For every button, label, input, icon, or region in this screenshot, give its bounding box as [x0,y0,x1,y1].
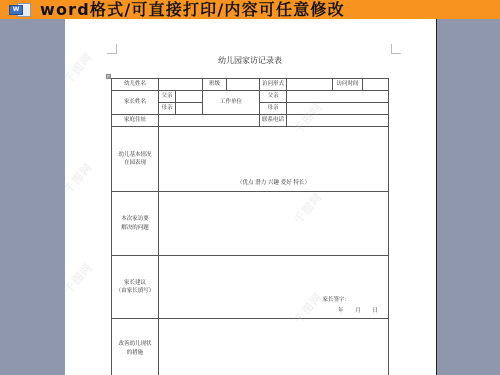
work-mother-label: 母亲 [260,103,287,115]
class-label: 班级 [203,79,227,91]
home-visit-table: 幼儿姓名 班级 访问形式 访问时间 家长姓名 父亲 工作单位 父亲 母亲 母亲 … [111,78,389,375]
parent-suggestion-label: 家长建议 （由家长填写） [112,256,159,319]
parent-name-label: 家长姓名 [112,91,159,115]
page-edge-divider [436,19,437,375]
improve-measures-label-line2: 的措施 [112,349,158,357]
child-name-field[interactable] [159,79,203,91]
table-row: 改善幼儿现状 的措施 [112,319,389,375]
visit-problem-label: 本次家访要 解决的问题 [112,192,159,256]
table-row: 幼儿姓名 班级 访问形式 访问时间 [112,79,389,91]
table-row: 家庭住址 联系电话 [112,115,389,127]
visit-problem-label-line1: 本次家访要 [112,215,158,223]
header-banner: W word格式/可直接打印/内容可任意修改 [0,0,500,19]
child-name-label: 幼儿姓名 [112,79,159,91]
child-basic-label-line1: 幼儿基本情况 [112,151,158,159]
visit-problem-label-line2: 解决的问题 [112,224,158,232]
phone-label: 联系电话 [260,115,287,127]
visit-problem-field[interactable] [159,192,389,256]
child-basic-field[interactable]: （优点 潜力 兴趣 爱好 特长） [159,127,389,192]
table-row: 幼儿基本情况 在园表现 （优点 潜力 兴趣 爱好 特长） [112,127,389,192]
table-row: 本次家访要 解决的问题 [112,192,389,256]
mother-label: 母亲 [159,103,176,115]
crop-mark-top-left [107,44,117,54]
child-basic-hint: （优点 潜力 兴趣 爱好 特长） [159,179,388,187]
parent-suggestion-field[interactable]: 家长签字： 年 月 日 [159,256,389,319]
improve-measures-label-line1: 改善幼儿现状 [112,340,158,348]
child-basic-label: 幼儿基本情况 在园表现 [112,127,159,192]
work-father-field[interactable] [287,91,389,103]
parent-suggestion-label-line2: （由家长填写） [112,287,158,295]
crop-mark-top-right [391,44,401,54]
document-title: 幼儿园家访记录表 [180,55,320,66]
visit-time-field[interactable] [363,79,389,91]
improve-measures-label: 改善幼儿现状 的措施 [112,319,159,375]
work-father-label: 父亲 [260,91,287,103]
visit-form-field[interactable] [287,79,333,91]
visit-time-label: 访问时间 [333,79,363,91]
father-name-field[interactable] [176,91,203,103]
table-row: 家长姓名 父亲 工作单位 父亲 [112,91,389,103]
mother-name-field[interactable] [176,103,203,115]
class-field[interactable] [227,79,260,91]
address-label: 家庭住址 [112,115,159,127]
parent-suggestion-label-line1: 家长建议 [112,279,158,287]
date-line: 年 月 日 [338,307,378,315]
child-basic-label-line2: 在园表现 [112,159,158,167]
improve-measures-field[interactable] [159,319,389,375]
phone-field[interactable] [287,115,389,127]
banner-text: word格式/可直接打印/内容可任意修改 [40,0,345,19]
parent-signature-label: 家长签字： [322,296,350,304]
visit-form-label: 访问形式 [260,79,287,91]
table-row: 家长建议 （由家长填写） 家长签字： 年 月 日 [112,256,389,319]
father-label: 父亲 [159,91,176,103]
word-document-icon: W [7,2,33,17]
work-mother-field[interactable] [287,103,389,115]
address-field[interactable] [159,115,260,127]
work-unit-label: 工作单位 [203,91,260,115]
